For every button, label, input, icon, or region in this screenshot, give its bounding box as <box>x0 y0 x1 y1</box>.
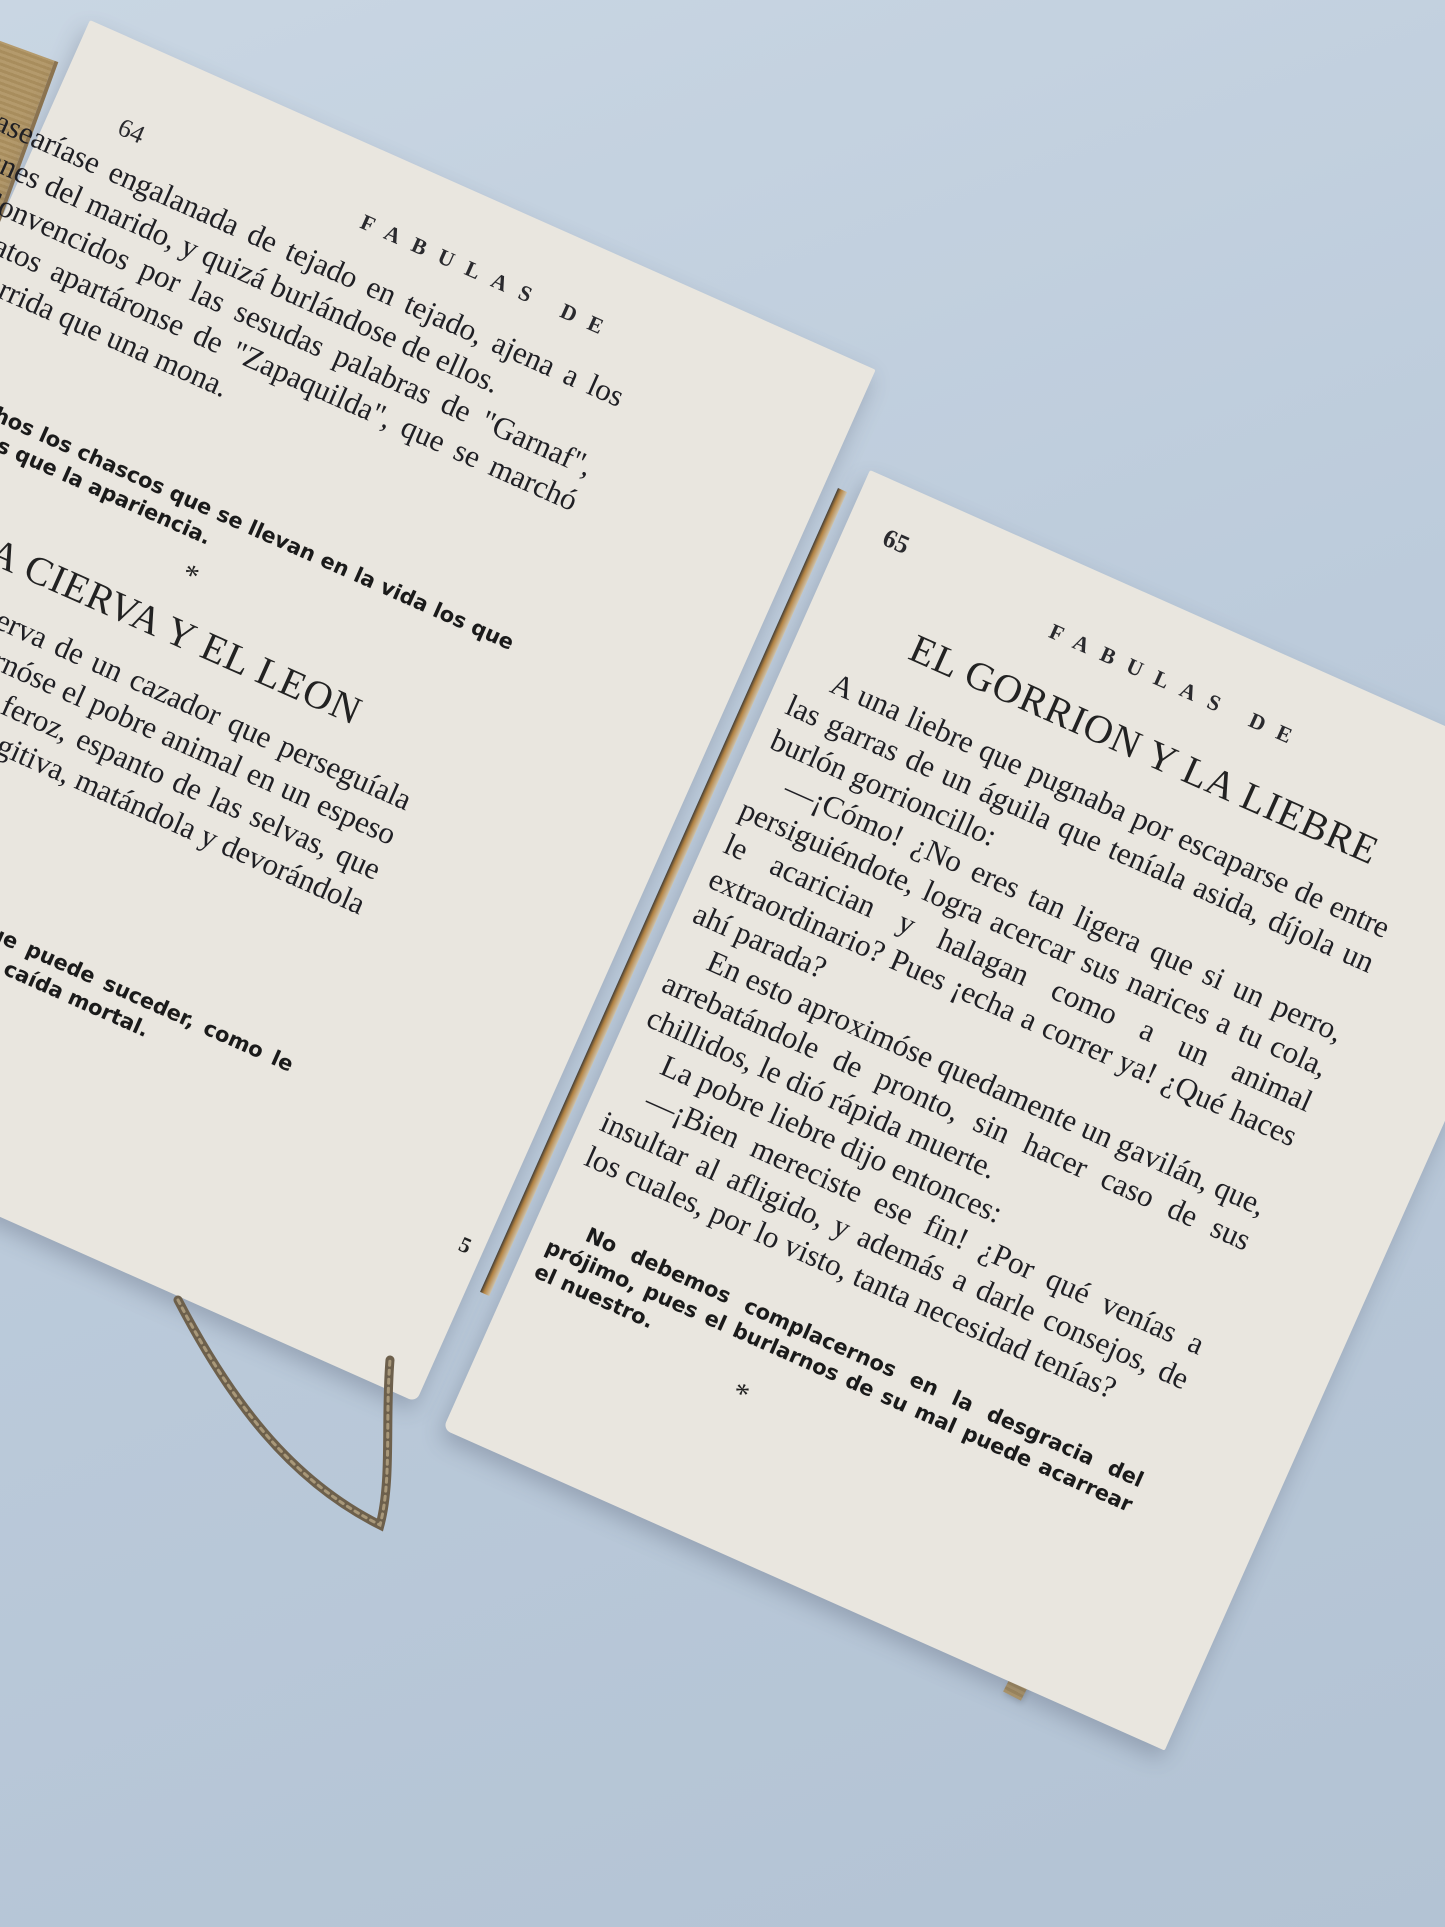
page-number-left: 64 <box>113 112 149 150</box>
book-photo-scene: 64 FABULAS DE pasearíase engalanada de t… <box>0 0 1445 1927</box>
star-ornament-icon: * <box>727 1376 755 1413</box>
page-number-right: 65 <box>878 523 914 561</box>
star-ornament-icon: * <box>176 557 204 594</box>
